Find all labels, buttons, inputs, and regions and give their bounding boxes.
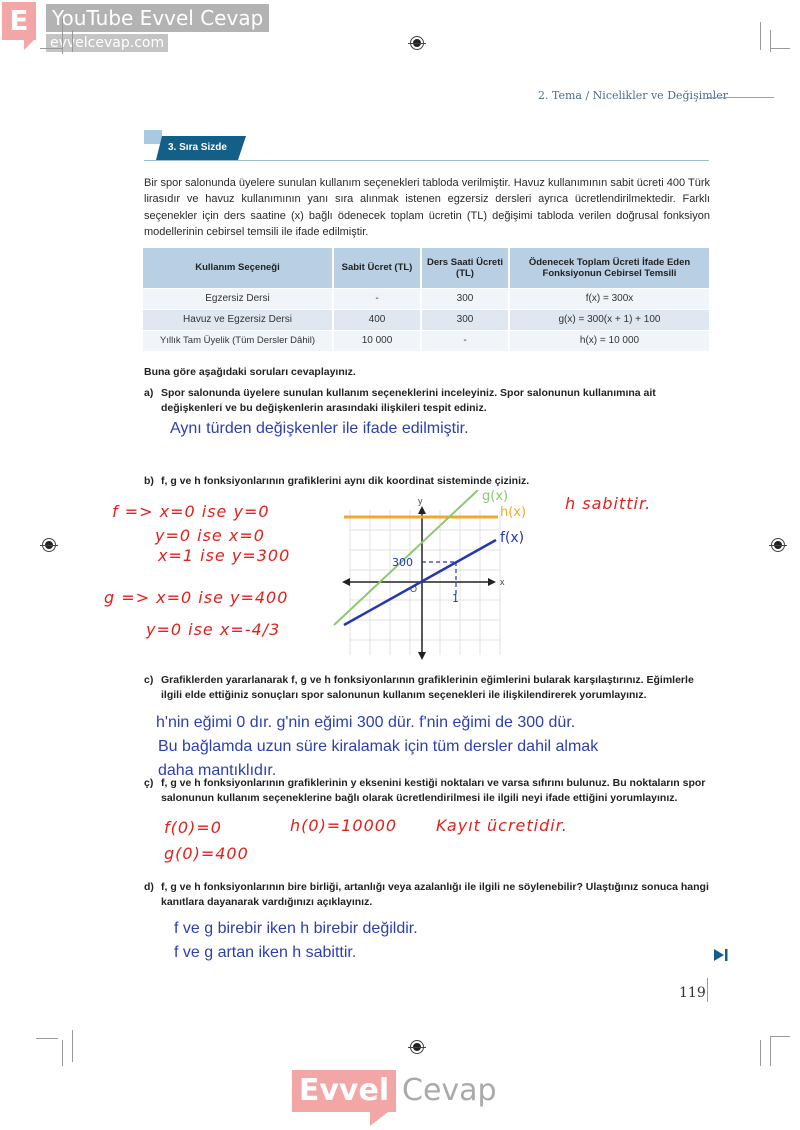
crop-mark (40, 48, 62, 49)
crop-mark (770, 1036, 790, 1037)
instructions-lead: Buna göre aşağıdaki soruları cevaplayını… (144, 366, 356, 378)
answer-c-line: Bu bağlamda uzun süre kiralamak için tüm… (158, 738, 598, 756)
registration-mark-icon (771, 538, 785, 552)
table-cell: Egzersiz Dersi (143, 288, 333, 309)
question-text: f, g ve h fonksiyonlarının bire birliği,… (144, 880, 710, 909)
registration-mark-icon (42, 538, 56, 552)
handwritten-note: y=0 ise x=0 (155, 526, 265, 545)
question-label: ç) (144, 776, 153, 791)
table-header: Kullanım Seçeneği (143, 248, 333, 288)
label-h: h(x) (500, 505, 526, 520)
question-d: d) f, g ve h fonksiyonlarının bire birli… (144, 880, 710, 909)
crop-mark (72, 30, 73, 52)
running-head-rule (708, 97, 774, 98)
answer-d-line: f ve g artan iken h sabittir. (174, 944, 356, 962)
page-number: 119 (679, 985, 706, 1001)
crop-mark (72, 1030, 73, 1062)
question-text: Spor salonunda üyelere sunulan kullanım … (144, 386, 710, 415)
table-cell: h(x) = 10 000 (509, 330, 709, 351)
section-tag-decoration (144, 130, 162, 144)
intro-paragraph: Bir spor salonunda üyelere sunulan kulla… (144, 175, 710, 240)
watermark-brand-2: Cevap (402, 1070, 497, 1112)
question-label: b) (144, 474, 154, 489)
coordinate-graph: x y O 300 1 g(x) h(x) f(x) (330, 490, 550, 665)
running-head: 2. Tema / Nicelikler ve Değişimler (538, 89, 728, 102)
question-c: c) Grafiklerden yararlanarak f, g ve h f… (144, 673, 710, 702)
table-cell: - (333, 288, 421, 309)
handwritten-note: h sabittir. (565, 494, 651, 513)
label-g: g(x) (482, 490, 508, 504)
question-label: a) (144, 386, 153, 401)
crop-mark (62, 1040, 63, 1066)
question-b: b) f, g ve h fonksiyonlarının grafikleri… (144, 474, 710, 489)
page-number-rule (707, 978, 708, 1002)
answer-c-line: h'nin eğimi 0 dır. g'nin eğimi 300 dür. … (156, 714, 575, 732)
table-row: Egzersiz Dersi - 300 f(x) = 300x (143, 288, 709, 309)
question-c-cedilla: ç) f, g ve h fonksiyonlarının grafikleri… (144, 776, 710, 805)
axis-y-label: y (418, 496, 423, 506)
registration-mark-icon (410, 1040, 424, 1054)
question-text: f, g ve h fonksiyonlarının grafiklerini … (144, 474, 710, 489)
crop-mark (770, 48, 790, 49)
table-cell: - (421, 330, 509, 351)
label-f: f(x) (500, 530, 524, 546)
table-cell: 400 (333, 309, 421, 330)
axis-x-label: x (500, 577, 505, 587)
crop-mark (62, 18, 63, 54)
evvel-logo-icon: E (2, 2, 36, 40)
table-cell: Havuz ve Egzersiz Dersi (143, 309, 333, 330)
watermark-brand: Evvel (292, 1070, 396, 1112)
y-axis-arrow-icon (418, 506, 426, 514)
watermark-channel: YouTube Evvel Cevap (46, 4, 269, 32)
options-table: Kullanım Seçeneği Sabit Ücret (TL) Ders … (143, 248, 709, 351)
table-header: Sabit Ücret (TL) (333, 248, 421, 288)
section-rule (144, 160, 709, 161)
table-cell: 10 000 (333, 330, 421, 351)
table-cell: 300 (421, 309, 509, 330)
handwritten-note: x=1 ise y=300 (158, 546, 290, 565)
watermark-url: evvelcevap.com (46, 34, 168, 52)
answer-d-line: f ve g birebir iken h birebir değildir. (174, 920, 418, 938)
handwritten-note: f(0)=0 (164, 818, 222, 837)
table-cell: Yıllık Tam Üyelik (Tüm Dersler Dâhil) (143, 330, 333, 351)
table-header: Ödenecek Toplam Ücreti İfade Eden Fonksi… (509, 248, 709, 288)
crop-mark (770, 1036, 771, 1066)
handwritten-note: Kayıt ücretidir. (436, 816, 568, 835)
crop-mark (760, 22, 761, 50)
handwritten-note: h(0)=10000 (290, 816, 397, 835)
question-label: d) (144, 880, 154, 895)
answer-a: Aynı türden değişkenler ile ifade edilmi… (170, 420, 469, 438)
table-cell: g(x) = 300(x + 1) + 100 (509, 309, 709, 330)
question-label: c) (144, 673, 153, 688)
handwritten-note: g => x=0 ise y=400 (104, 588, 288, 607)
registration-mark-icon (410, 36, 424, 50)
handwritten-note: y=0 ise x=-4/3 (146, 620, 280, 639)
question-text: Grafiklerden yararlanarak f, g ve h fonk… (144, 673, 710, 702)
table-row: Yıllık Tam Üyelik (Tüm Dersler Dâhil) 10… (143, 330, 709, 351)
table-cell: 300 (421, 288, 509, 309)
handwritten-note: f => x=0 ise y=0 (112, 502, 270, 521)
handwritten-note: g(0)=400 (164, 844, 249, 863)
table-cell: f(x) = 300x (509, 288, 709, 309)
table-row: Havuz ve Egzersiz Dersi 400 300 g(x) = 3… (143, 309, 709, 330)
question-a: a) Spor salonunda üyelere sunulan kullan… (144, 386, 710, 415)
crop-mark (760, 1040, 761, 1066)
crop-mark (36, 1038, 58, 1039)
tick-y-300: 300 (392, 556, 413, 569)
section-tag: 3. Sıra Sizde (156, 136, 246, 160)
table-header: Ders Saati Ücreti (TL) (421, 248, 509, 288)
tick-x-1: 1 (452, 592, 459, 605)
x-axis-arrow-icon (488, 578, 496, 586)
next-page-icon[interactable] (714, 949, 728, 961)
question-text: f, g ve h fonksiyonlarının grafiklerinin… (144, 776, 710, 805)
